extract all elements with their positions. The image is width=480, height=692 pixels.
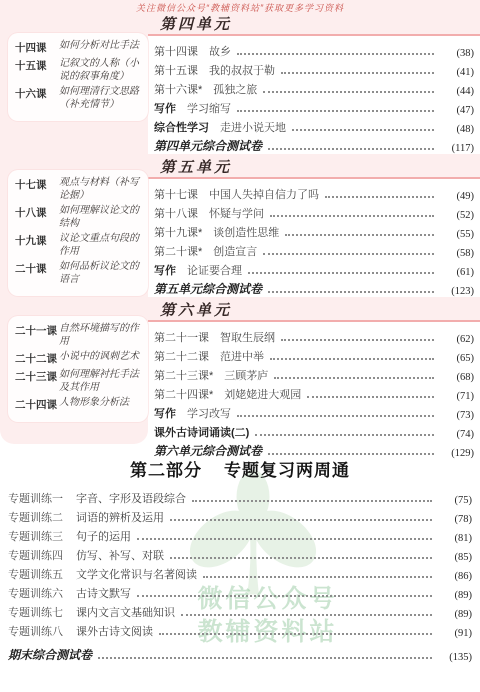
page-number: (62) xyxy=(438,334,474,345)
lesson-skill-desc: 如何理解衬托手法及其作用 xyxy=(59,369,143,394)
toc-entry-label: 写作 xyxy=(154,262,176,278)
page-number: (89) xyxy=(436,590,472,601)
part2-section: 第二部分专题复习两周通 专题训练一字音、字形及语段综合(75)专题训练二词语的辨… xyxy=(0,456,480,663)
lesson-skill-row: 十四课如何分析对比手法 xyxy=(15,40,143,55)
toc-entry-label: 第十七课 xyxy=(154,186,198,202)
page-number: (85) xyxy=(436,552,472,563)
toc-entry-label: 专题训练二 xyxy=(8,509,63,525)
lesson-skill-desc: 如何品析议论文的语言 xyxy=(59,261,143,286)
dotted-leader xyxy=(268,453,434,455)
toc-entry-row: 专题训练六古诗文默写(89) xyxy=(8,582,472,601)
unit-entry-list: 第十七课中国人失掉自信力了吗(49)第十八课怀疑与学问(52)第十九课*谈创造性… xyxy=(148,179,480,297)
toc-entry-row: 专题训练七课内文言文基础知识(89) xyxy=(8,601,472,620)
toc-entry-title: 走进小说天地 xyxy=(220,119,286,135)
lesson-skill-desc: 如何理清行文思路（补充情节） xyxy=(59,86,143,111)
toc-entry-title: 古诗文默写 xyxy=(76,585,131,601)
lesson-skill-row: 二十三课如何理解衬托手法及其作用 xyxy=(15,369,143,394)
dotted-leader xyxy=(270,215,434,217)
toc-entry-row: 课外古诗词诵读(二)(74) xyxy=(154,421,474,440)
lesson-number-label: 十七课 xyxy=(15,177,59,202)
toc-entry-row: 第十七课中国人失掉自信力了吗(49) xyxy=(154,183,474,202)
dotted-leader xyxy=(192,500,432,502)
unit-title: 第五单元 xyxy=(160,160,232,176)
toc-entry-row: 第十六课*孤独之旅(44) xyxy=(154,78,474,97)
toc-entry-title: 字音、字形及语段综合 xyxy=(76,490,186,506)
page-number: (41) xyxy=(438,67,474,78)
page-number: (86) xyxy=(436,571,472,582)
toc-entry-row: 第十四课故乡(38) xyxy=(154,40,474,59)
units-column: 第四单元第十四课故乡(38)第十五课我的叔叔于勒(41)第十六课*孤独之旅(44… xyxy=(148,0,480,459)
toc-entry-label: 课外古诗词诵读(二) xyxy=(154,424,249,440)
page-number: (47) xyxy=(438,105,474,116)
toc-entry-title: 谈创造性思维 xyxy=(213,224,279,240)
toc-entry-row: 写作学习改写(73) xyxy=(154,402,474,421)
toc-entry-title: 我的叔叔于勒 xyxy=(209,62,275,78)
toc-entry-label: 专题训练一 xyxy=(8,490,63,506)
toc-entry-label: 专题训练六 xyxy=(8,585,63,601)
toc-entry-row: 专题训练二词语的辨析及运用(78) xyxy=(8,506,472,525)
toc-entry-row: 期末综合测试卷(135) xyxy=(8,644,472,663)
toc-entry-title: 仿写、补写、对联 xyxy=(76,547,164,563)
toc-entry-row: 专题训练三句子的运用(81) xyxy=(8,525,472,544)
dotted-leader xyxy=(268,291,434,293)
dotted-leader xyxy=(237,53,434,55)
dotted-leader xyxy=(325,196,434,198)
dotted-leader xyxy=(307,396,434,398)
part2-entry-list: 专题训练一字音、字形及语段综合(75)专题训练二词语的辨析及运用(78)专题训练… xyxy=(0,487,480,663)
toc-entry-label: 第二十课* xyxy=(154,243,202,259)
toc-entry-title: 文学文化常识与名著阅读 xyxy=(76,566,197,582)
lesson-number-label: 二十二课 xyxy=(15,351,59,366)
toc-entry-label: 专题训练四 xyxy=(8,547,63,563)
page-number: (52) xyxy=(438,210,474,221)
toc-entry-row: 写作学习缩写(47) xyxy=(154,97,474,116)
page-number: (49) xyxy=(438,191,474,202)
unit-title: 第四单元 xyxy=(160,17,232,33)
toc-entry-row: 第二十一课智取生辰纲(62) xyxy=(154,326,474,345)
toc-entry-row: 专题训练一字音、字形及语段综合(75) xyxy=(8,487,472,506)
toc-entry-row: 第二十课*创造宣言(58) xyxy=(154,240,474,259)
dotted-leader xyxy=(263,91,434,93)
page-number: (91) xyxy=(436,628,472,639)
page-number: (74) xyxy=(438,429,474,440)
toc-entry-title: 学习改写 xyxy=(187,405,231,421)
lesson-skill-desc: 小说中的讽刺艺术 xyxy=(59,351,139,366)
page-number: (48) xyxy=(438,124,474,135)
lesson-number-label: 二十一课 xyxy=(15,323,59,348)
dotted-leader xyxy=(170,519,432,521)
toc-entry-label: 第五单元综合测试卷 xyxy=(154,280,262,297)
toc-entry-title: 故乡 xyxy=(209,43,231,59)
toc-entry-row: 第十八课怀疑与学问(52) xyxy=(154,202,474,221)
toc-entry-label: 第二十三课* xyxy=(154,367,213,383)
toc-entry-title: 论证要合理 xyxy=(187,262,242,278)
page-number: (38) xyxy=(438,48,474,59)
lesson-skill-row: 十七课观点与材料（补写论据） xyxy=(15,177,143,202)
lesson-skill-desc: 如何理解议论文的结构 xyxy=(59,205,143,230)
page-number: (117) xyxy=(438,143,474,154)
lesson-skill-box: 十七课观点与材料（补写论据）十八课如何理解议论文的结构十九课议论文重点句段的作用… xyxy=(8,170,148,296)
page-number: (55) xyxy=(438,229,474,240)
dotted-leader xyxy=(159,633,432,635)
dotted-leader xyxy=(248,272,434,274)
toc-entry-title: 孤独之旅 xyxy=(213,81,257,97)
unit-entry-list: 第二十一课智取生辰纲(62)第二十二课范进中举(65)第二十三课*三顾茅庐(68… xyxy=(148,322,480,459)
lesson-number-label: 十九课 xyxy=(15,233,59,258)
toc-entry-title: 中国人失掉自信力了吗 xyxy=(209,186,319,202)
top-red-watermark: 关注微信公众号“教辅资料站”获取更多学习资料 xyxy=(0,1,480,14)
toc-entry-label: 第二十二课 xyxy=(154,348,209,364)
lesson-skill-desc: 观点与材料（补写论据） xyxy=(59,177,143,202)
lesson-skill-row: 十八课如何理解议论文的结构 xyxy=(15,205,143,230)
page-number: (61) xyxy=(438,267,474,278)
toc-entry-title: 词语的辨析及运用 xyxy=(76,509,164,525)
lesson-number-label: 十六课 xyxy=(15,86,59,111)
dotted-leader xyxy=(285,234,434,236)
dotted-leader xyxy=(237,110,434,112)
toc-entry-title: 学习缩写 xyxy=(187,100,231,116)
page-number: (73) xyxy=(438,410,474,421)
toc-entry-label: 专题训练七 xyxy=(8,604,63,620)
part2-title: 第二部分专题复习两周通 xyxy=(0,456,480,481)
toc-entry-label: 第十九课* xyxy=(154,224,202,240)
dotted-leader xyxy=(281,339,434,341)
page-number: (89) xyxy=(436,609,472,620)
lesson-number-label: 二十三课 xyxy=(15,369,59,394)
toc-entry-row: 专题训练四仿写、补写、对联(85) xyxy=(8,544,472,563)
dotted-leader xyxy=(237,415,434,417)
toc-entry-title: 课外古诗文阅读 xyxy=(76,623,153,639)
toc-entry-label: 专题训练八 xyxy=(8,623,63,639)
unit-header-band: 第六单元 xyxy=(148,297,480,322)
part2-label: 第二部分 xyxy=(130,461,202,480)
dotted-leader xyxy=(137,538,432,540)
lesson-skill-desc: 人物形象分析法 xyxy=(59,397,129,412)
lesson-skill-row: 十六课如何理清行文思路（补充情节） xyxy=(15,86,143,111)
page-number: (71) xyxy=(438,391,474,402)
part2-title-text: 专题复习两周通 xyxy=(224,461,350,480)
toc-entry-label: 第二十一课 xyxy=(154,329,209,345)
toc-entry-row: 第十五课我的叔叔于勒(41) xyxy=(154,59,474,78)
toc-entry-label: 写作 xyxy=(154,100,176,116)
lesson-skill-desc: 自然环境描写的作用 xyxy=(59,323,143,348)
toc-entry-label: 写作 xyxy=(154,405,176,421)
page-number: (58) xyxy=(438,248,474,259)
dotted-leader xyxy=(255,434,434,436)
toc-entry-label: 第四单元综合测试卷 xyxy=(154,137,262,154)
toc-entry-label: 专题训练五 xyxy=(8,566,63,582)
toc-entry-row: 第十九课*谈创造性思维(55) xyxy=(154,221,474,240)
dotted-leader xyxy=(281,72,434,74)
dotted-leader xyxy=(292,129,434,131)
toc-entry-row: 综合性学习走进小说天地(48) xyxy=(154,116,474,135)
lesson-skill-desc: 记叙文的人称（小说的叙事角度） xyxy=(59,58,143,83)
toc-entry-label: 综合性学习 xyxy=(154,119,209,135)
page-number: (65) xyxy=(438,353,474,364)
dotted-leader xyxy=(270,358,434,360)
toc-entry-row: 第二十三课*三顾茅庐(68) xyxy=(154,364,474,383)
dotted-leader xyxy=(263,253,434,255)
toc-entry-label: 第十八课 xyxy=(154,205,198,221)
lesson-skill-row: 二十二课小说中的讽刺艺术 xyxy=(15,351,143,366)
toc-entry-title: 三顾茅庐 xyxy=(224,367,268,383)
toc-entry-title: 刘姥姥进大观园 xyxy=(224,386,301,402)
toc-entry-title: 课内文言文基础知识 xyxy=(76,604,175,620)
unit-header-band: 第五单元 xyxy=(148,154,480,179)
dotted-leader xyxy=(181,614,432,616)
lesson-skill-row: 十五课记叙文的人称（小说的叙事角度） xyxy=(15,58,143,83)
dotted-leader xyxy=(137,595,432,597)
lesson-number-label: 二十课 xyxy=(15,261,59,286)
toc-entry-title: 范进中举 xyxy=(220,348,264,364)
toc-entry-row: 第二十二课范进中举(65) xyxy=(154,345,474,364)
lesson-number-label: 十八课 xyxy=(15,205,59,230)
lesson-skill-box: 二十一课自然环境描写的作用二十二课小说中的讽刺艺术二十三课如何理解衬托手法及其作… xyxy=(8,316,148,422)
toc-entry-label: 期末综合测试卷 xyxy=(8,646,92,663)
toc-entry-label: 第十五课 xyxy=(154,62,198,78)
toc-entry-title: 怀疑与学问 xyxy=(209,205,264,221)
page-number: (81) xyxy=(436,533,472,544)
toc-entry-label: 第十四课 xyxy=(154,43,198,59)
page-number: (78) xyxy=(436,514,472,525)
lesson-skill-desc: 议论文重点句段的作用 xyxy=(59,233,143,258)
toc-entry-label: 第十六课* xyxy=(154,81,202,97)
toc-entry-title: 句子的运用 xyxy=(76,528,131,544)
toc-entry-row: 写作论证要合理(61) xyxy=(154,259,474,278)
toc-entry-label: 第二十四课* xyxy=(154,386,213,402)
lesson-skill-row: 二十课如何品析议论文的语言 xyxy=(15,261,143,286)
page-number: (123) xyxy=(438,286,474,297)
page-number: (135) xyxy=(436,652,472,663)
lesson-number-label: 十五课 xyxy=(15,58,59,83)
toc-page: 微信公众号 教辅资料站 关注微信公众号“教辅资料站”获取更多学习资料 十四课如何… xyxy=(0,0,480,692)
toc-entry-row: 专题训练八课外古诗文阅读(91) xyxy=(8,620,472,639)
page-number: (68) xyxy=(438,372,474,383)
dotted-leader xyxy=(268,148,434,150)
lesson-skill-row: 二十一课自然环境描写的作用 xyxy=(15,323,143,348)
toc-entry-row: 第四单元综合测试卷(117) xyxy=(154,135,474,154)
page-number: (44) xyxy=(438,86,474,97)
toc-entry-row: 第五单元综合测试卷(123) xyxy=(154,278,474,297)
dotted-leader xyxy=(203,576,432,578)
page-number: (75) xyxy=(436,495,472,506)
dotted-leader xyxy=(98,657,432,659)
lesson-skill-row: 十九课议论文重点句段的作用 xyxy=(15,233,143,258)
toc-entry-row: 专题训练五文学文化常识与名著阅读(86) xyxy=(8,563,472,582)
toc-entry-label: 专题训练三 xyxy=(8,528,63,544)
toc-entry-title: 创造宣言 xyxy=(213,243,257,259)
lesson-number-label: 十四课 xyxy=(15,40,59,55)
dotted-leader xyxy=(170,557,432,559)
dotted-leader xyxy=(274,377,434,379)
toc-entry-title: 智取生辰纲 xyxy=(220,329,275,345)
lesson-number-label: 二十四课 xyxy=(15,397,59,412)
lesson-skill-row: 二十四课人物形象分析法 xyxy=(15,397,143,412)
toc-entry-row: 第二十四课*刘姥姥进大观园(71) xyxy=(154,383,474,402)
lesson-skill-desc: 如何分析对比手法 xyxy=(59,40,139,55)
unit-entry-list: 第十四课故乡(38)第十五课我的叔叔于勒(41)第十六课*孤独之旅(44)写作学… xyxy=(148,36,480,154)
lesson-skill-box: 十四课如何分析对比手法十五课记叙文的人称（小说的叙事角度）十六课如何理清行文思路… xyxy=(8,33,148,121)
unit-title: 第六单元 xyxy=(160,303,232,319)
